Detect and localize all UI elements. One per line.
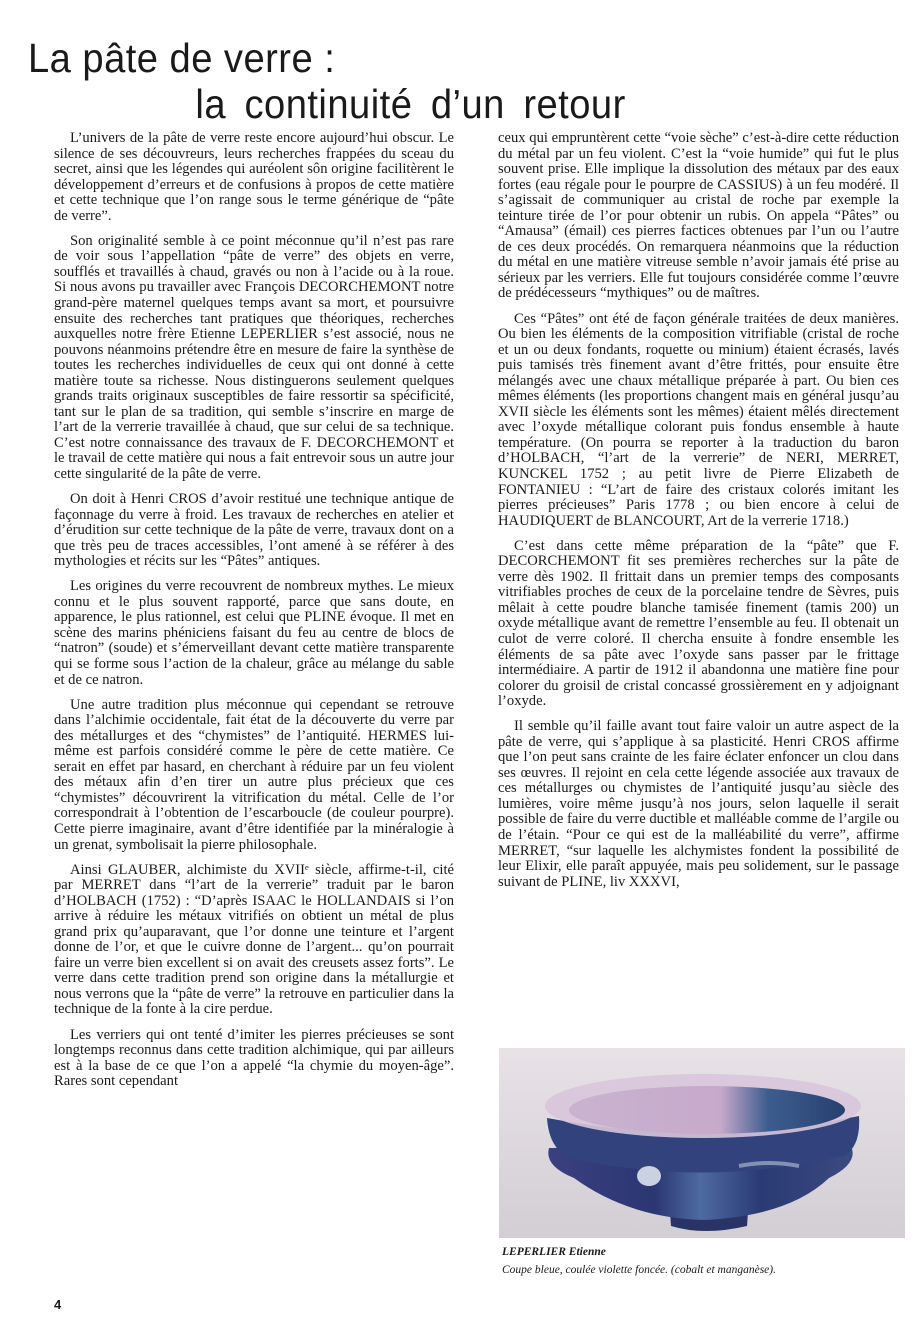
bowl-photo	[499, 1048, 905, 1238]
paragraph: C’est dans cette même préparation de la …	[498, 539, 899, 710]
paragraph: Les verriers qui ont tenté d’imiter les …	[54, 1028, 454, 1090]
paragraph: Son originalité semble à ce point méconn…	[54, 234, 454, 483]
glass-bowl-illustration	[499, 1048, 905, 1238]
title-line-2: la continuité d’un retour	[28, 81, 626, 127]
paragraph: Ces “Pâtes” ont été de façon générale tr…	[498, 312, 899, 530]
paragraph: Il semble qu’il faille avant tout faire …	[498, 719, 899, 890]
paragraph: Ainsi GLAUBER, alchimiste du XVIIᵉ siècl…	[54, 863, 454, 1018]
paragraph: L’univers de la pâte de verre reste enco…	[54, 131, 454, 224]
paragraph-continued: ceux qui empruntèrent cette “voie sèche”…	[498, 131, 899, 302]
paragraph: Une autre tradition plus méconnue qui ce…	[54, 698, 454, 853]
photo-caption: LEPERLIER Etienne Coupe bleue, coulée vi…	[502, 1243, 902, 1279]
paragraph: Les origines du verre recouvrent de nomb…	[54, 579, 454, 688]
page-title: La pâte de verre : la continuité d’un re…	[28, 35, 626, 127]
right-column: ceux qui empruntèrent cette “voie sèche”…	[498, 131, 899, 900]
photo-description: Coupe bleue, coulée violette foncée. (co…	[502, 1264, 776, 1276]
paragraph: On doit à Henri CROS d’avoir restitué un…	[54, 492, 454, 570]
page-number: 4	[54, 1297, 61, 1312]
left-column: L’univers de la pâte de verre reste enco…	[54, 131, 454, 1099]
title-line-1: La pâte de verre :	[28, 35, 626, 81]
photo-credit: LEPERLIER Etienne	[502, 1243, 902, 1261]
